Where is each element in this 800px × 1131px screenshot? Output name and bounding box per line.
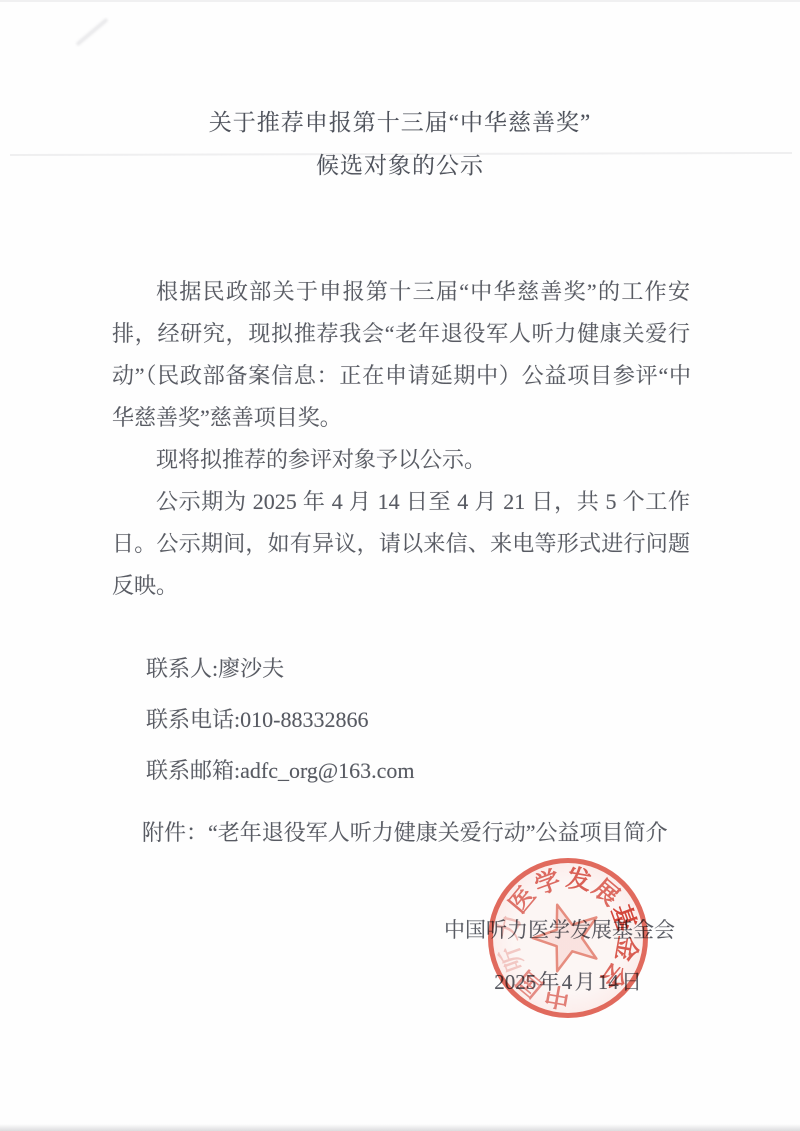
attachment-note: 附件：“老年退役军人听力健康关爱行动”公益项目简介 xyxy=(142,818,742,848)
scan-artifact-smudge xyxy=(75,18,108,47)
scanned-notice-page: 关于推荐申报第十三届“中华慈善奖” 候选对象的公示 根据民政部关于申报第十三届“… xyxy=(0,0,800,1131)
paragraph-line: 华慈善奖”慈善项目奖。 xyxy=(112,397,690,439)
scan-artifact-bottom-edge xyxy=(0,1124,800,1131)
seal-char: 中 xyxy=(542,978,573,1018)
paragraph-line: 公示期为 2025 年 4 月 14 日至 4 月 21 日，共 5 个工作 xyxy=(112,481,690,523)
document-title-line2: 候选对象的公示 xyxy=(0,144,800,187)
seal-ring-text: 中国听力医学发展基金会 xyxy=(488,858,648,1018)
paragraph-line: 根据民政部关于申报第十三届“中华慈善奖”的工作安 xyxy=(112,271,690,313)
contact-phone: 联系电话:010-88332866 xyxy=(146,694,646,745)
contact-email: 联系邮箱:adfc_org@163.com xyxy=(146,745,646,796)
contact-info: 联系人:廖沙夫 联系电话:010-88332866 联系邮箱:adfc_org@… xyxy=(146,643,646,796)
document-title: 关于推荐申报第十三届“中华慈善奖” 候选对象的公示 xyxy=(0,101,800,187)
contact-person: 联系人:廖沙夫 xyxy=(146,643,646,694)
paragraph-line: 日。公示期间，如有异议，请以来信、来电等形式进行问题 xyxy=(112,523,690,565)
paragraph-line: 动”（民政部备案信息：正在申请延期中）公益项目参评“中 xyxy=(112,355,690,397)
seal-char: 会 xyxy=(593,956,637,998)
paragraph-line: 现将拟推荐的参评对象予以公示。 xyxy=(112,439,690,481)
paragraph-line: 反映。 xyxy=(112,565,690,607)
official-seal: 中国听力医学发展基金会 xyxy=(488,858,648,1018)
scan-artifact-top-edge xyxy=(0,0,800,2)
paragraph-line: 排，经研究，现拟推荐我会“老年退役军人听力健康关爱行 xyxy=(112,313,690,355)
document-title-line1: 关于推荐申报第十三届“中华慈善奖” xyxy=(0,101,800,144)
document-body: 根据民政部关于申报第十三届“中华慈善奖”的工作安 排，经研究，现拟推荐我会“老年… xyxy=(112,271,690,607)
